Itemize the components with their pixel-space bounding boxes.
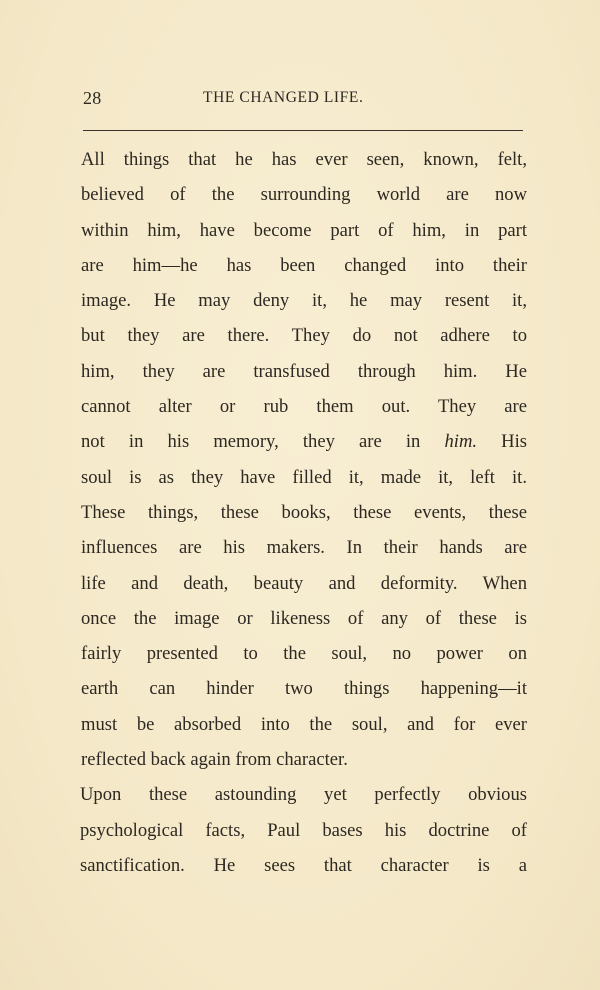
- running-head: 28 THE CHANGED LIFE.: [83, 88, 523, 112]
- text-line: are him—he has been changed into their: [81, 248, 527, 283]
- text-line: Upon these astounding yet perfectly obvi…: [80, 777, 527, 812]
- text-run: not in his memory, they are in: [81, 431, 444, 452]
- paragraph-1: All things that he has ever seen, known,…: [81, 142, 527, 777]
- text-run: His: [477, 431, 527, 452]
- text-line: image. He may deny it, he may resent it,: [81, 283, 527, 318]
- text-line: believed of the surrounding world are no…: [81, 177, 527, 212]
- paragraph-2: Upon these astounding yet perfectly obvi…: [80, 777, 527, 883]
- header-rule: [83, 130, 523, 131]
- text-line: All things that he has ever seen, known,…: [81, 142, 527, 177]
- emphasis-him: him.: [444, 431, 477, 452]
- text-line: fairly presented to the soul, no power o…: [81, 636, 527, 671]
- text-line: reflected back again from character.: [81, 742, 527, 777]
- text-line: must be absorbed into the soul, and for …: [81, 707, 527, 742]
- text-line: psychological facts, Paul bases his doct…: [80, 813, 527, 848]
- body-text: All things that he has ever seen, known,…: [81, 142, 527, 883]
- text-line: but they are there. They do not adhere t…: [81, 318, 527, 353]
- text-line: life and death, beauty and deformity. Wh…: [81, 566, 527, 601]
- text-line: soul is as they have filled it, made it,…: [81, 460, 527, 495]
- running-title: THE CHANGED LIFE.: [203, 89, 363, 107]
- text-line: him, they are transfused through him. He: [81, 354, 527, 389]
- text-line: once the image or likeness of any of the…: [81, 601, 527, 636]
- text-run: Upon these astounding yet perfectly obvi…: [80, 784, 527, 805]
- text-line: influences are his makers. In their hand…: [81, 530, 527, 565]
- text-line: These things, these books, these events,…: [81, 495, 527, 530]
- page-number: 28: [83, 88, 102, 109]
- book-page: 28 THE CHANGED LIFE. All things that he …: [0, 0, 600, 990]
- text-line: earth can hinder two things happening—it: [81, 671, 527, 706]
- text-line: within him, have become part of him, in …: [81, 213, 527, 248]
- text-line: sanctification. He sees that character i…: [80, 848, 527, 883]
- text-line: cannot alter or rub them out. They are: [81, 389, 527, 424]
- text-line: not in his memory, they are in him. His: [81, 424, 527, 459]
